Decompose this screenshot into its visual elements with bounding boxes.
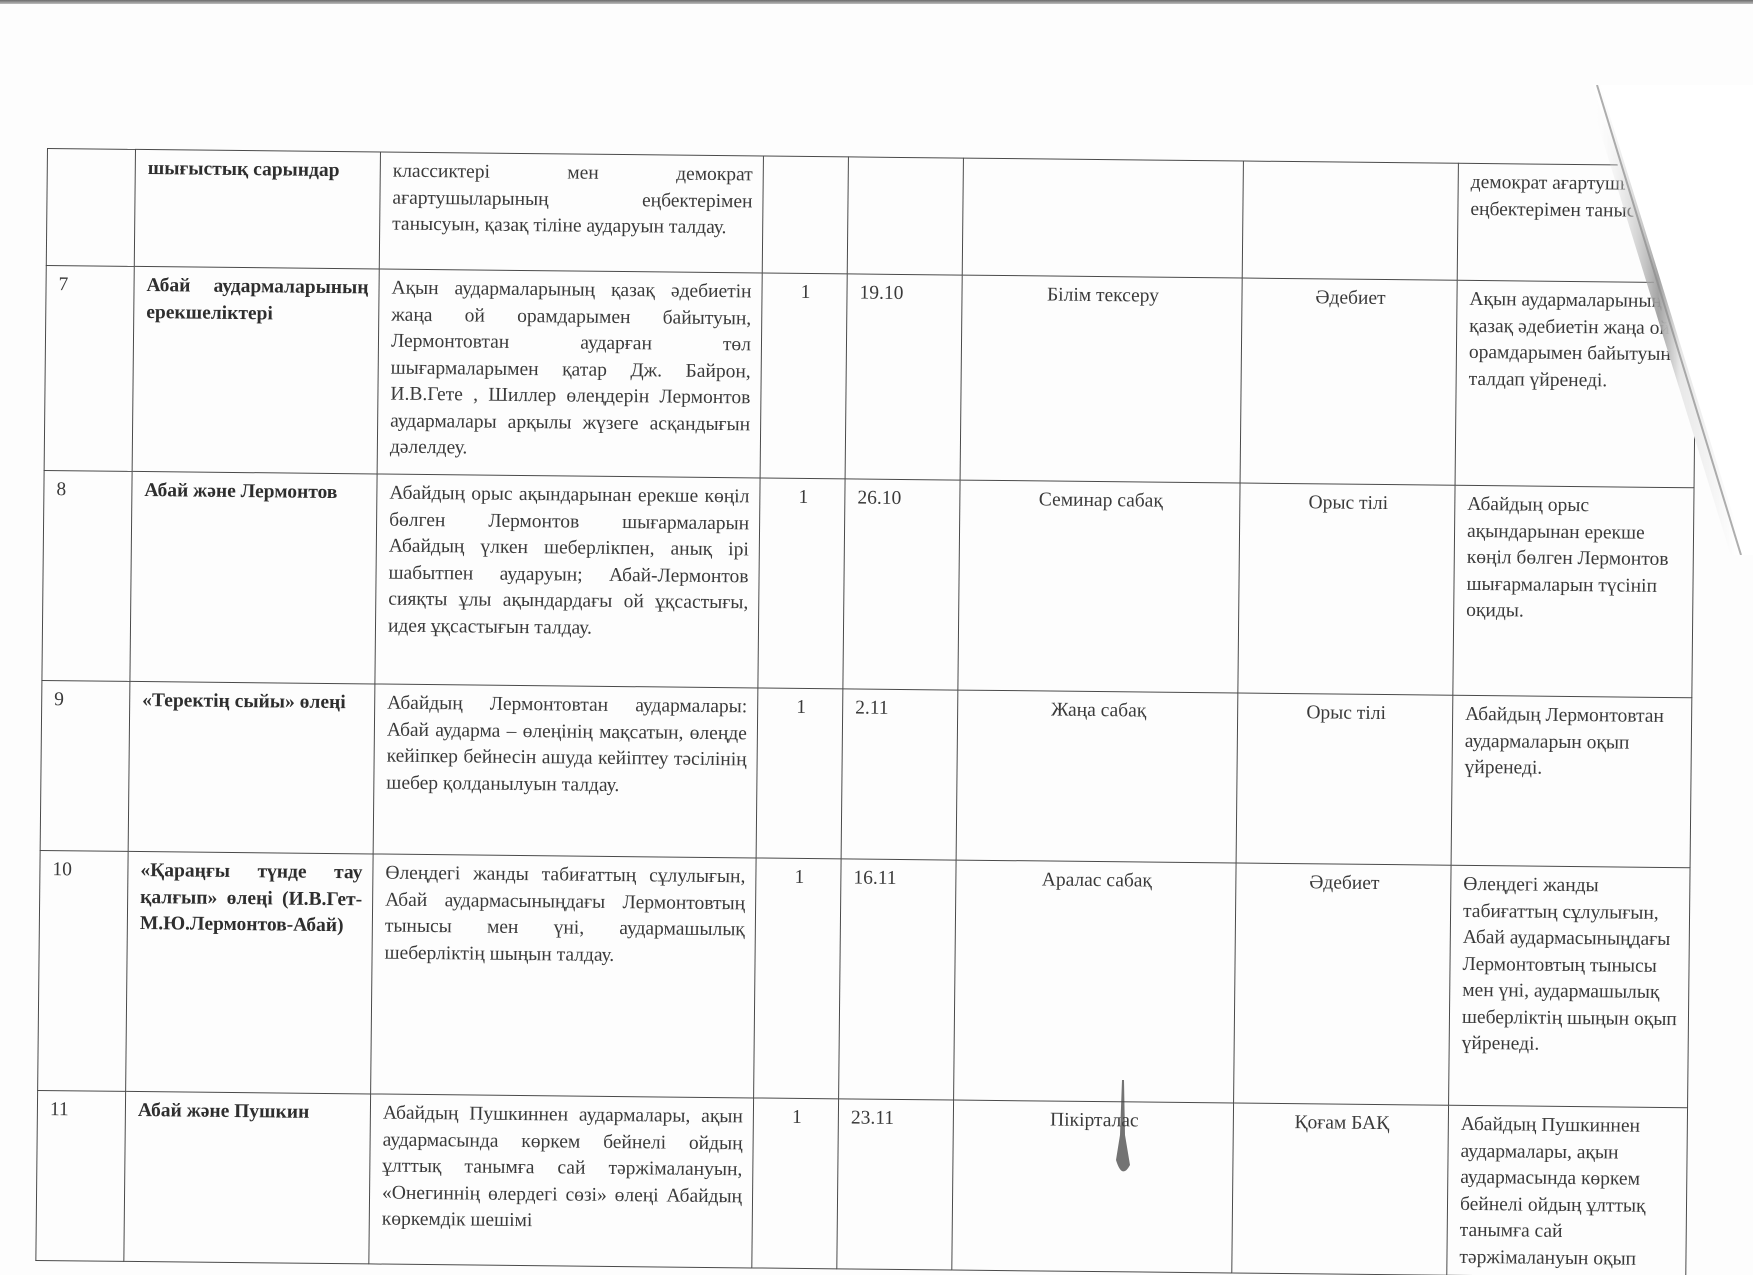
row-number: 11 bbox=[36, 1090, 126, 1261]
date-cell bbox=[847, 157, 963, 275]
hours-cell: 1 bbox=[758, 478, 845, 689]
content-cell: Өлеңдегі жанды табиғаттың сұлулығын, Аба… bbox=[371, 854, 756, 1098]
interdisciplinary-cell: Орыс тілі bbox=[1236, 693, 1453, 865]
date-cell: 2.11 bbox=[841, 689, 958, 860]
content-cell: Абайдың орыс ақындарынан ерекше көңіл бө… bbox=[375, 474, 760, 688]
outcome-cell: Абайдың орыс ақындарынан ерекше көңіл бө… bbox=[1453, 485, 1694, 697]
table-row: 8Абай және ЛермонтовАбайдың орыс ақындар… bbox=[42, 470, 1694, 697]
table-row: 11Абай және ПушкинАбайдың Пушкиннен ауда… bbox=[36, 1090, 1688, 1275]
hours-cell bbox=[762, 156, 848, 274]
lesson-type-cell: Семинар сабақ bbox=[958, 480, 1240, 693]
interdisciplinary-cell: Орыс тілі bbox=[1238, 483, 1455, 695]
topic-cell: Абай және Пушкин bbox=[124, 1091, 371, 1264]
document-page: шығыстық сарындарклассиктері мен демокра… bbox=[35, 148, 1697, 1275]
date-cell: 16.11 bbox=[839, 859, 957, 1100]
hours-cell: 1 bbox=[756, 688, 843, 859]
date-cell: 19.10 bbox=[845, 274, 962, 480]
table-row: шығыстық сарындарклассиктері мен демокра… bbox=[46, 149, 1697, 283]
lesson-type-cell: Жаңа сабақ bbox=[956, 690, 1238, 863]
hours-cell: 1 bbox=[754, 858, 842, 1099]
outcome-cell: демократ ағартушылары еңбектерімен таныс… bbox=[1457, 163, 1697, 282]
outcome-cell: Абайдың Пушкиннен аудармалары, ақын ауда… bbox=[1447, 1105, 1688, 1275]
outcome-cell: Ақын аудармаларының қазақ әдебиетін жаңа… bbox=[1455, 280, 1696, 487]
topic-cell: шығыстық сарындар bbox=[134, 149, 380, 269]
table-row: 7Абай аудармаларының ерекшеліктеріАқын а… bbox=[44, 265, 1696, 487]
content-cell: классиктері мен демократ ағартушыларының… bbox=[379, 152, 763, 273]
row-number: 10 bbox=[38, 850, 129, 1091]
row-number: 7 bbox=[44, 265, 134, 471]
hours-cell: 1 bbox=[760, 273, 847, 479]
lesson-type-cell: Аралас сабақ bbox=[954, 860, 1236, 1103]
outcome-cell: Абайдың Лермонтовтан аудармаларын оқып ү… bbox=[1451, 695, 1692, 867]
topic-cell: Абай аудармаларының ерекшеліктері bbox=[132, 266, 379, 474]
row-number: 9 bbox=[40, 680, 130, 851]
content-cell: Абайдың Пушкиннен аудармалары, ақын ауда… bbox=[369, 1094, 754, 1268]
interdisciplinary-cell: Әдебиет bbox=[1240, 278, 1457, 485]
content-cell: Ақын аудармаларының қазақ әдебиетін жаңа… bbox=[377, 269, 762, 478]
table-row: 9«Теректің сыйы» өлеңіАбайдың Лермонтовт… bbox=[40, 680, 1692, 867]
scanner-edge bbox=[0, 0, 1753, 4]
hours-cell: 1 bbox=[752, 1098, 839, 1269]
topic-cell: Абай және Лермонтов bbox=[130, 471, 377, 684]
lesson-type-cell bbox=[962, 158, 1243, 278]
interdisciplinary-cell: Қоғам БАҚ bbox=[1232, 1103, 1449, 1275]
lesson-plan-table: шығыстық сарындарклассиктері мен демокра… bbox=[35, 148, 1698, 1275]
date-cell: 23.11 bbox=[837, 1099, 954, 1270]
date-cell: 26.10 bbox=[843, 479, 960, 690]
lesson-type-cell: Білім тексеру bbox=[960, 275, 1242, 483]
content-cell: Абайдың Лермонтовтан аудармалары: Абай а… bbox=[373, 684, 758, 858]
interdisciplinary-cell: Әдебиет bbox=[1234, 863, 1452, 1105]
outcome-cell: Өлеңдегі жанды табиғаттың сұлулығын, Аба… bbox=[1449, 865, 1691, 1107]
row-number: 8 bbox=[42, 470, 132, 681]
row-number bbox=[46, 149, 135, 267]
interdisciplinary-cell bbox=[1242, 161, 1458, 280]
table-row: 10«Қараңғы түнде тау қалғып» өлеңі (И.В.… bbox=[38, 850, 1690, 1107]
topic-cell: «Теректің сыйы» өлеңі bbox=[128, 681, 375, 854]
lesson-type-cell: Пікірталас bbox=[952, 1100, 1234, 1273]
topic-cell: «Қараңғы түнде тау қалғып» өлеңі (И.В.Ге… bbox=[126, 851, 373, 1094]
